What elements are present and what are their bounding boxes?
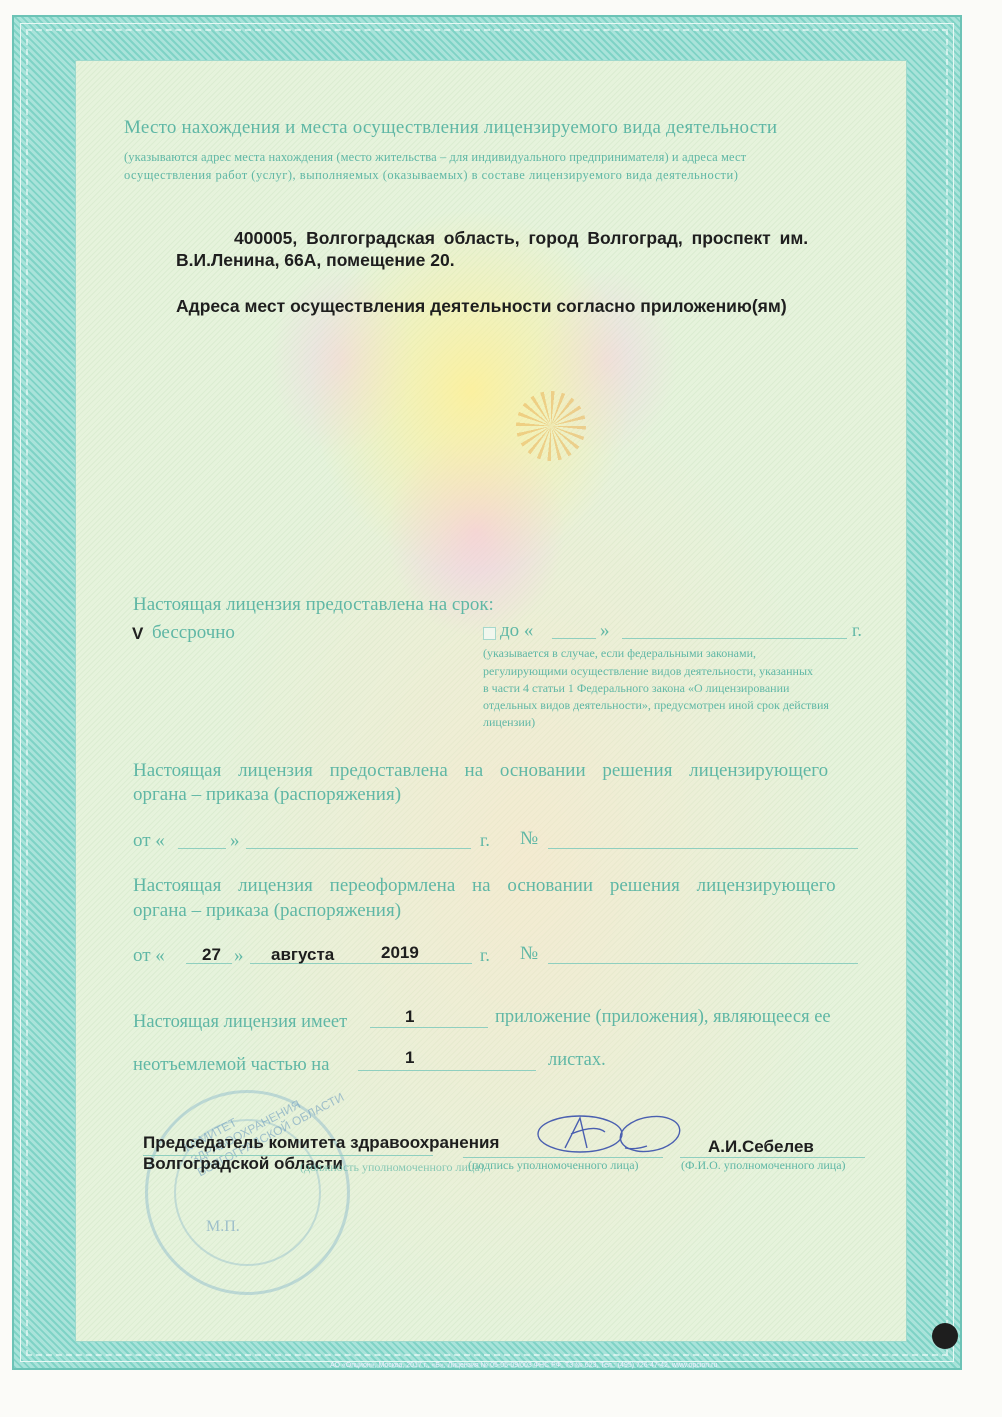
- printer-imprint: АО «Опцион», Москва, 2017 г., «Б», Лицен…: [330, 1362, 717, 1369]
- until-year-suffix: г.: [852, 620, 862, 641]
- reissue-from-label: от «: [133, 945, 165, 967]
- term-note-line3: в части 4 статьи 1 Федерального закона «…: [483, 681, 789, 696]
- unlimited-label: бессрочно: [152, 622, 235, 644]
- until-date-field[interactable]: [622, 638, 847, 639]
- reissue-basis-line2: органа – приказа (распоряжения): [133, 900, 401, 922]
- handwritten-signature: [535, 1112, 690, 1162]
- addresses-note: Адреса мест осуществления деятельности с…: [176, 296, 787, 317]
- signer-position-line1: Председатель комитета здравоохранения: [143, 1133, 499, 1153]
- official-seal: КОМИТЕТ ЗДРАВООХРАНЕНИЯ ВОЛГОГРАДСКОЙ ОБ…: [145, 1090, 350, 1295]
- reissue-year: 2019: [381, 943, 419, 963]
- term-note-line1: (указывается в случае, если федеральными…: [483, 646, 756, 661]
- address-line1: 400005, Волгоградская область, город Вол…: [234, 228, 808, 249]
- reissue-quote-close: »: [234, 945, 244, 967]
- grant-number-field[interactable]: [548, 848, 858, 849]
- appendix-line2-suffix: листах.: [548, 1050, 606, 1071]
- appendix-line1-prefix: Настоящая лицензия имеет: [133, 1012, 347, 1033]
- until-quote-close: »: [600, 620, 610, 642]
- reissue-number-label: №: [520, 943, 538, 965]
- unlimited-checkbox-mark[interactable]: V: [132, 624, 143, 644]
- grant-number-label: №: [520, 828, 538, 850]
- grant-basis-line2: органа – приказа (распоряжения): [133, 784, 401, 806]
- grant-quote-close: »: [230, 830, 240, 852]
- hole-punch: [932, 1323, 958, 1349]
- position-field: [143, 1155, 433, 1156]
- appendix-count-field[interactable]: [370, 1027, 488, 1028]
- section-subtitle-line2: осуществления работ (услуг), выполняемых…: [124, 168, 854, 183]
- section-title: Место нахождения и места осуществления л…: [124, 117, 854, 139]
- grant-date-field[interactable]: [246, 848, 471, 849]
- reissue-month: августа: [271, 945, 334, 965]
- term-note-line5: лицензии): [483, 715, 535, 730]
- section-title-text: Место нахождения и места осуществления л…: [124, 117, 777, 139]
- grant-basis-line1: Настоящая лицензия предоставлена на осно…: [133, 760, 828, 782]
- until-checkbox[interactable]: [483, 627, 496, 640]
- appendix-line2-prefix: неотъемлемой частью на: [133, 1055, 329, 1076]
- reissue-year-suffix: г.: [480, 945, 490, 966]
- term-note-line4: отдельных видов деятельности», предусмот…: [483, 698, 829, 713]
- term-note-line2: регулирующими осуществление видов деятел…: [483, 664, 813, 679]
- section-subtitle-line1: (указываются адрес места нахождения (мес…: [124, 150, 854, 165]
- until-label: до «: [500, 620, 533, 642]
- sheet-count-field[interactable]: [358, 1070, 536, 1071]
- signature-caption: (подпись уполномоченного лица): [468, 1158, 639, 1173]
- grant-from-label: от «: [133, 830, 165, 852]
- sheet-count: 1: [405, 1048, 414, 1068]
- seal-mark: М.П.: [206, 1218, 240, 1236]
- reissue-number-field[interactable]: [548, 963, 858, 964]
- appendix-line1-suffix: приложение (приложения), являющееся ее: [495, 1007, 831, 1028]
- name-caption: (Ф.И.О. уполномоченного лица): [681, 1158, 846, 1173]
- reissue-basis-line1: Настоящая лицензия переоформлена на осно…: [133, 875, 836, 897]
- position-caption: (должность уполномоченного лица): [300, 1160, 484, 1175]
- appendix-count: 1: [405, 1007, 414, 1027]
- grant-year-suffix: г.: [480, 830, 490, 851]
- grant-day-field[interactable]: [178, 848, 226, 849]
- signer-name: А.И.Себелев: [708, 1137, 814, 1157]
- reissue-day: 27: [202, 945, 221, 965]
- until-day-field[interactable]: [552, 638, 596, 639]
- guilloche-rosette: [516, 391, 586, 461]
- address-line2: В.И.Ленина, 66А, помещение 20.: [176, 250, 455, 271]
- term-label: Настоящая лицензия предоставлена на срок…: [133, 594, 494, 616]
